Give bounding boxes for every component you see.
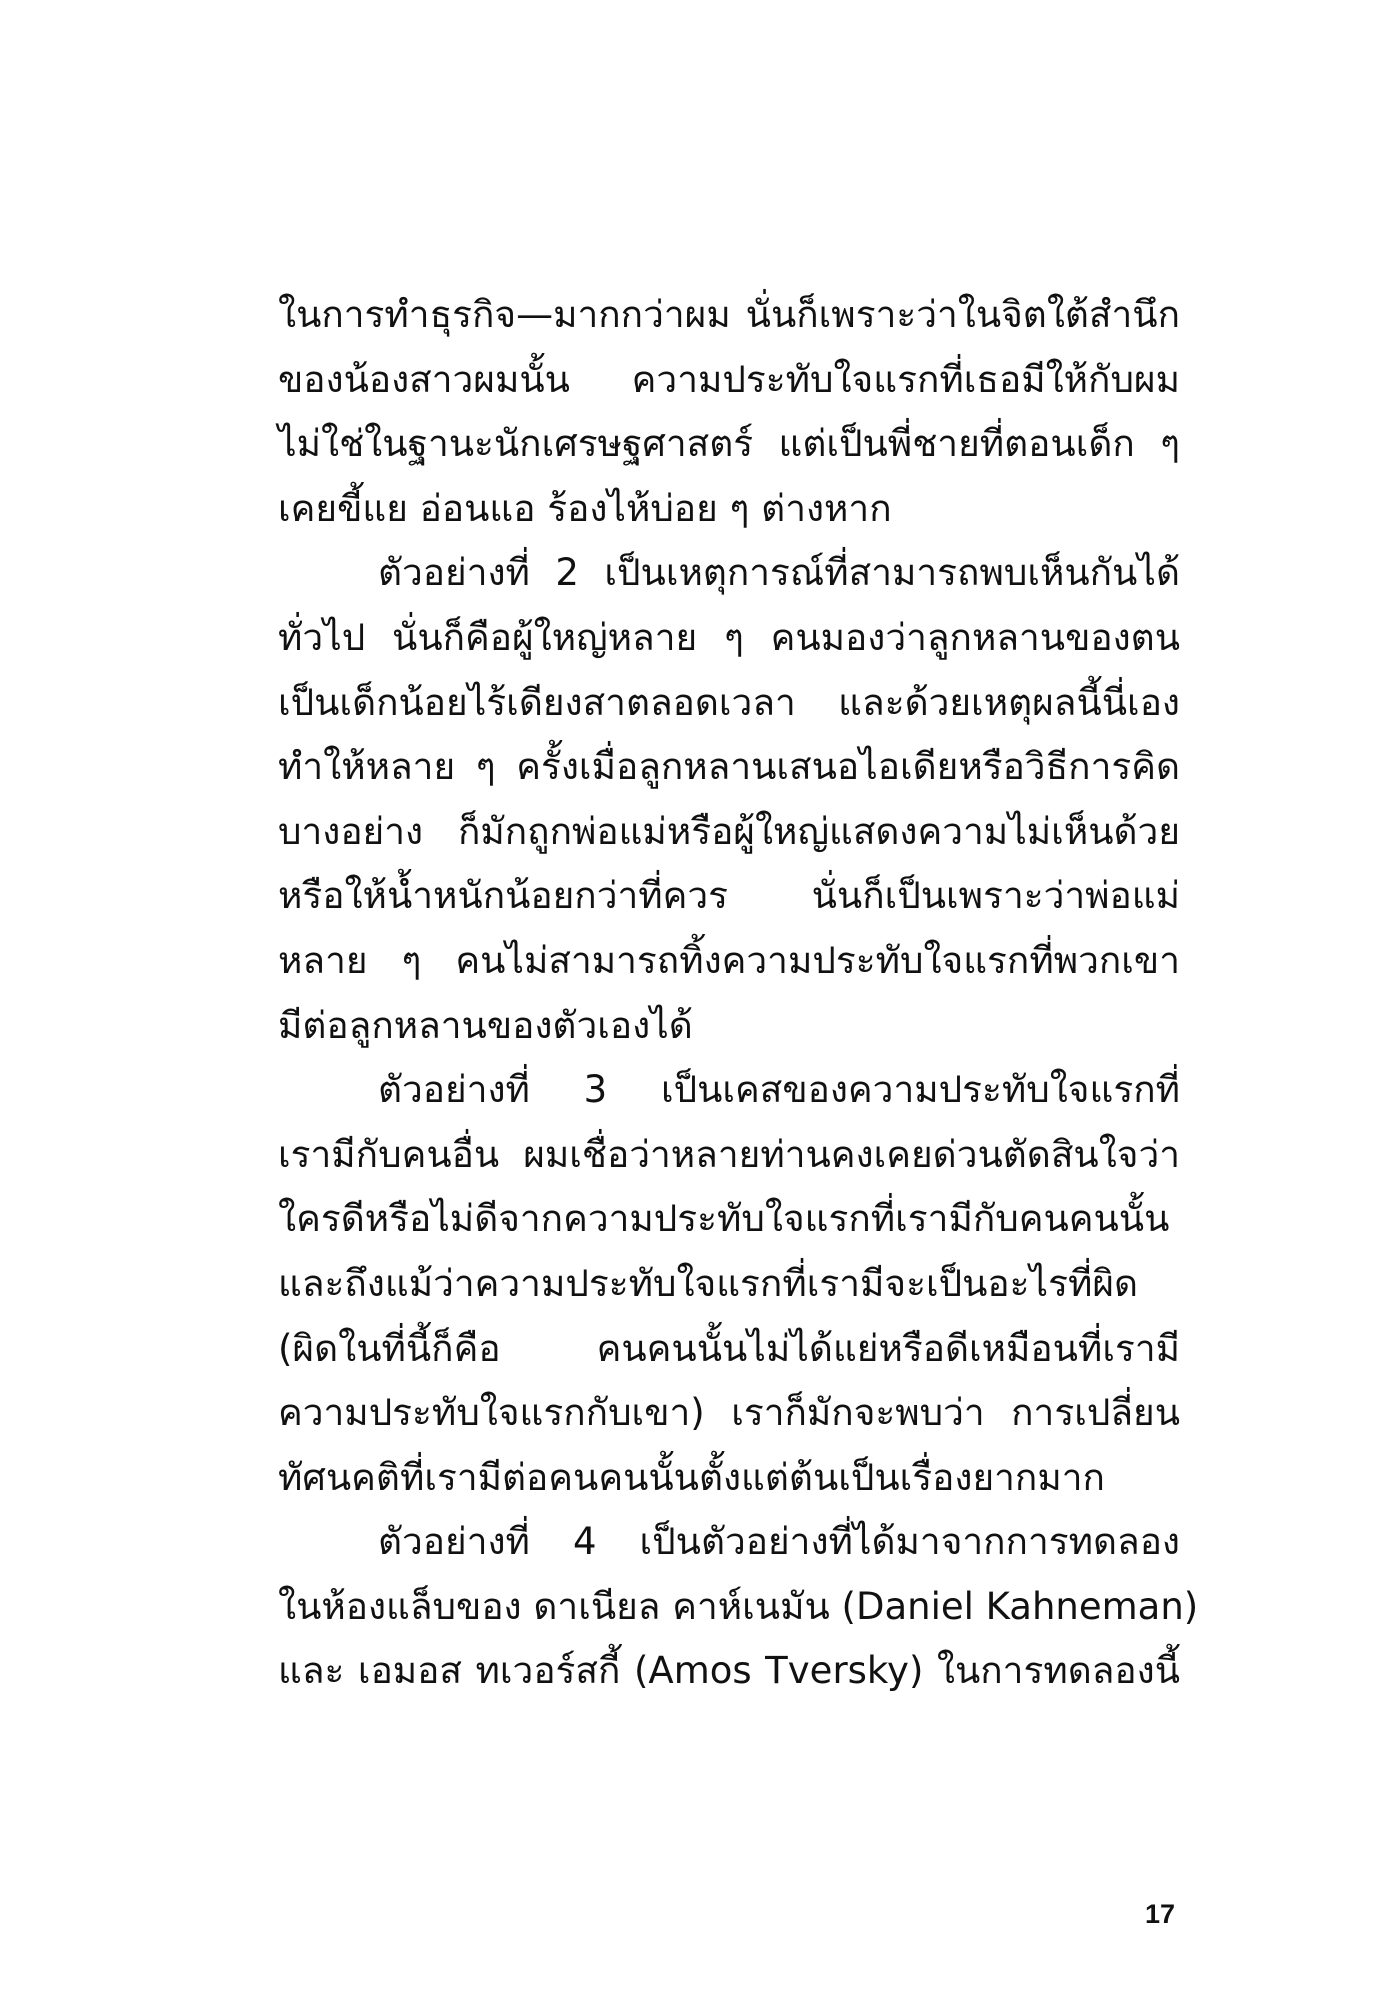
book-page: ในการทำธุรกิจ—มากกว่าผม นั่นก็เพราะว่าใน… <box>0 0 1400 2016</box>
text-line: ทั่วไป นั่นก็คือผู้ใหญ่หลาย ๆ คนมองว่าลู… <box>278 606 1180 671</box>
text-line: ตัวอย่างที่ 4 เป็นตัวอย่างที่ได้มาจากการ… <box>278 1510 1180 1575</box>
text-line: เคยขี้แย อ่อนแอ ร้องไห้บ่อย ๆ ต่างหาก <box>278 477 1180 542</box>
text-line: บางอย่าง ก็มักถูกพ่อแม่หรือผู้ใหญ่แสดงคว… <box>278 800 1180 865</box>
text-line: ตัวอย่างที่ 2 เป็นเหตุการณ์ที่สามารถพบเห… <box>278 541 1180 606</box>
text-line: เรามีกับคนอื่น ผมเชื่อว่าหลายท่านคงเคยด่… <box>278 1123 1180 1188</box>
text-line: ตัวอย่างที่ 3 เป็นเคสของความประทับใจแรกท… <box>278 1058 1180 1123</box>
text-line: หรือให้น้ำหนักน้อยกว่าที่ควร นั่นก็เป็นเ… <box>278 864 1180 929</box>
body-text: ในการทำธุรกิจ—มากกว่าผม นั่นก็เพราะว่าใน… <box>278 283 1180 1704</box>
text-line: ในการทำธุรกิจ—มากกว่าผม นั่นก็เพราะว่าใน… <box>278 283 1180 348</box>
text-line: และถึงแม้ว่าความประทับใจแรกที่เรามีจะเป็… <box>278 1252 1180 1317</box>
text-line: ทัศนคติที่เรามีต่อคนคนนั้นตั้งแต่ต้นเป็น… <box>278 1446 1180 1511</box>
text-line: หลาย ๆ คนไม่สามารถทิ้งความประทับใจแรกที่… <box>278 929 1180 994</box>
text-line: ในห้องแล็บของ ดาเนียล คาห์เนมัน (Daniel … <box>278 1575 1180 1640</box>
text-line: ความประทับใจแรกกับเขา) เราก็มักจะพบว่า ก… <box>278 1381 1180 1446</box>
paragraph-2: ตัวอย่างที่ 2 เป็นเหตุการณ์ที่สามารถพบเห… <box>278 541 1180 1058</box>
text-line: ใครดีหรือไม่ดีจากความประทับใจแรกที่เรามี… <box>278 1187 1180 1252</box>
text-line: เป็นเด็กน้อยไร้เดียงสาตลอดเวลา และด้วยเห… <box>278 671 1180 736</box>
text-line: ของน้องสาวผมนั้น ความประทับใจแรกที่เธอมี… <box>278 348 1180 413</box>
text-line: และ เอมอส ทเวอร์สกี้ (Amos Tversky) ในกา… <box>278 1639 1180 1704</box>
text-line: มีต่อลูกหลานของตัวเองได้ <box>278 994 1180 1059</box>
paragraph-4: ตัวอย่างที่ 4 เป็นตัวอย่างที่ได้มาจากการ… <box>278 1510 1180 1704</box>
text-line: ทำให้หลาย ๆ ครั้งเมื่อลูกหลานเสนอไอเดียห… <box>278 735 1180 800</box>
page-number: 17 <box>1145 1898 1175 1930</box>
text-line: ไม่ใช่ในฐานะนักเศรษฐศาสตร์ แต่เป็นพี่ชาย… <box>278 412 1180 477</box>
paragraph-3: ตัวอย่างที่ 3 เป็นเคสของความประทับใจแรกท… <box>278 1058 1180 1510</box>
text-line: (ผิดในที่นี้ก็คือ คนคนนั้นไม่ได้แย่หรือด… <box>278 1317 1180 1382</box>
paragraph-1: ในการทำธุรกิจ—มากกว่าผม นั่นก็เพราะว่าใน… <box>278 283 1180 541</box>
